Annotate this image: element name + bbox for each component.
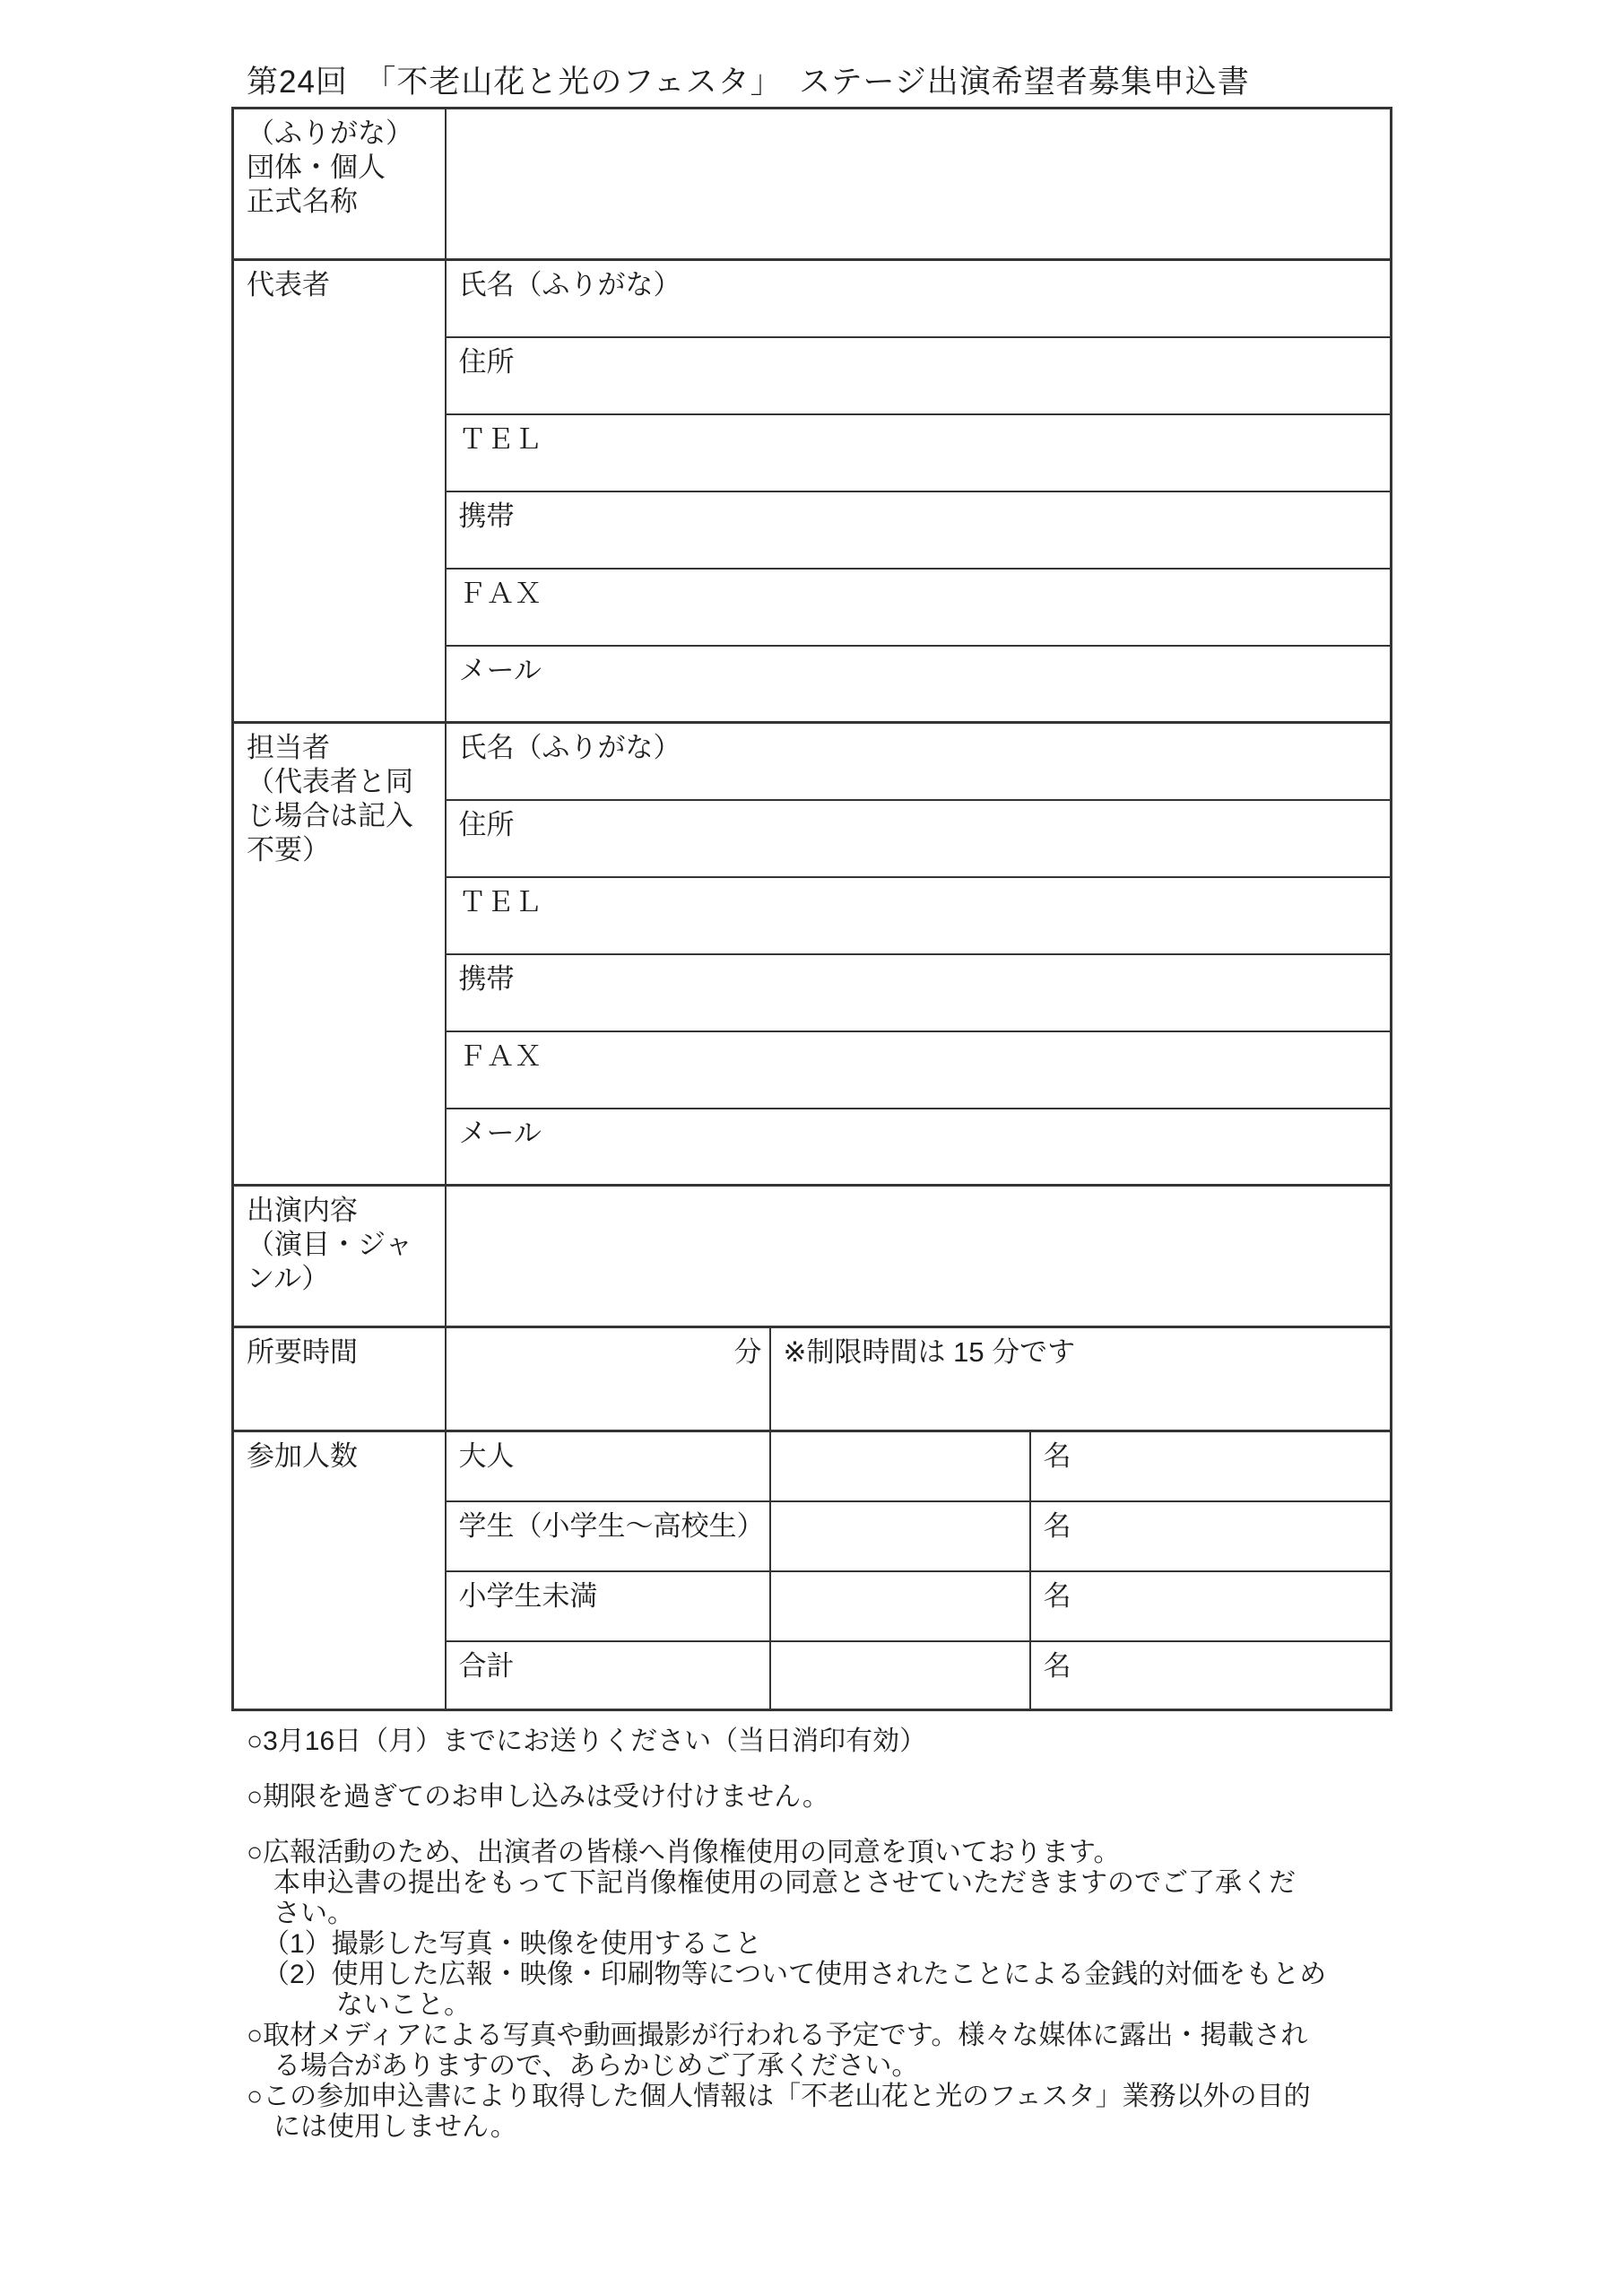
participants-student-unit: 名 [1030, 1501, 1392, 1571]
contact-tel-cell[interactable]: ＴＥＬ [446, 877, 1392, 954]
note-personal-info-cont: には使用しません。 [247, 2112, 1412, 2143]
representative-address-cell[interactable]: 住所 [446, 337, 1392, 414]
representative-label: 代表者 [233, 260, 446, 723]
note-item-2: （2）使用した広報・映像・印刷物等について使用されたことによる金銭的対価をもとめ [247, 1960, 1412, 1990]
note-late-applications: ○期限を過ぎてのお申し込みは受け付けません。 [247, 1782, 1412, 1813]
contact-fax-cell[interactable]: ＦＡＸ [446, 1031, 1392, 1109]
note-item-1: （1）撮影した写真・映像を使用すること [247, 1929, 1412, 1960]
performance-content-input-cell[interactable] [446, 1186, 1392, 1327]
contact-mail-cell[interactable]: メール [446, 1109, 1392, 1186]
note-portrait-rights-cont-2: さい。 [247, 1899, 1412, 1929]
application-form-table: （ふりがな） 団体・個人 正式名称 代表者 氏名（ふりがな） 住所 ＴＥＬ 携帯… [231, 107, 1392, 1711]
participants-student-label: 学生（小学生～高校生） [446, 1501, 770, 1571]
performance-content-label: 出演内容 （演目・ジャ ンル） [233, 1186, 446, 1327]
representative-mobile-cell[interactable]: 携帯 [446, 491, 1392, 569]
representative-fax-cell[interactable]: ＦＡＸ [446, 569, 1392, 646]
representative-name-cell[interactable]: 氏名（ふりがな） [446, 260, 1392, 337]
participants-adult-label: 大人 [446, 1431, 770, 1501]
duration-limit-note: ※制限時間は 15 分です [770, 1327, 1392, 1431]
note-personal-info: ○この参加申込書により取得した個人情報は「不老山花と光のフェスタ」業務以外の目的 [247, 2082, 1412, 2112]
application-form-page: 第24回 「不老山花と光のフェスタ」 ステージ出演希望者募集申込書 （ふりがな）… [0, 0, 1622, 2296]
group-name-label: （ふりがな） 団体・個人 正式名称 [233, 109, 446, 260]
participants-adult-unit: 名 [1030, 1431, 1392, 1501]
duration-minutes-cell[interactable]: 分 [446, 1327, 770, 1431]
group-name-input-cell[interactable] [446, 109, 1392, 260]
page-title: 第24回 「不老山花と光のフェスタ」 ステージ出演希望者募集申込書 [247, 65, 1250, 100]
contact-name-cell[interactable]: 氏名（ふりがな） [446, 723, 1392, 800]
contact-person-label: 担当者 （代表者と同 じ場合は記入 不要） [233, 723, 446, 1186]
note-deadline: ○3月16日（月）までにお送りください（当日消印有効） [247, 1726, 1412, 1757]
participants-child-unit: 名 [1030, 1571, 1392, 1641]
participants-total-label: 合計 [446, 1641, 770, 1710]
participants-child-label: 小学生未満 [446, 1571, 770, 1641]
participants-total-unit: 名 [1030, 1641, 1392, 1710]
note-portrait-rights: ○広報活動のため、出演者の皆様へ肖像権使用の同意を頂いております。 [247, 1838, 1412, 1868]
representative-mail-cell[interactable]: メール [446, 646, 1392, 723]
participants-label: 参加人数 [233, 1431, 446, 1710]
participants-total-count-cell[interactable] [770, 1641, 1030, 1710]
participants-child-count-cell[interactable] [770, 1571, 1030, 1641]
note-item-2-cont: ないこと。 [247, 1990, 1412, 2021]
duration-label: 所要時間 [233, 1327, 446, 1431]
note-portrait-rights-cont-1: 本申込書の提出をもって下記肖像権使用の同意とさせていただきますのでご了承くだ [247, 1868, 1412, 1899]
contact-address-cell[interactable]: 住所 [446, 800, 1392, 877]
contact-mobile-cell[interactable]: 携帯 [446, 954, 1392, 1031]
participants-student-count-cell[interactable] [770, 1501, 1030, 1571]
representative-tel-cell[interactable]: ＴＥＬ [446, 414, 1392, 491]
note-media-coverage: ○取材メディアによる写真や動画撮影が行われる予定です。様々な媒体に露出・掲載され [247, 2021, 1412, 2051]
footer-notes: ○3月16日（月）までにお送りください（当日消印有効） ○期限を過ぎてのお申し込… [247, 1726, 1412, 2143]
note-media-coverage-cont: る場合がありますので、あらかじめご了承ください。 [247, 2051, 1412, 2082]
participants-adult-count-cell[interactable] [770, 1431, 1030, 1501]
